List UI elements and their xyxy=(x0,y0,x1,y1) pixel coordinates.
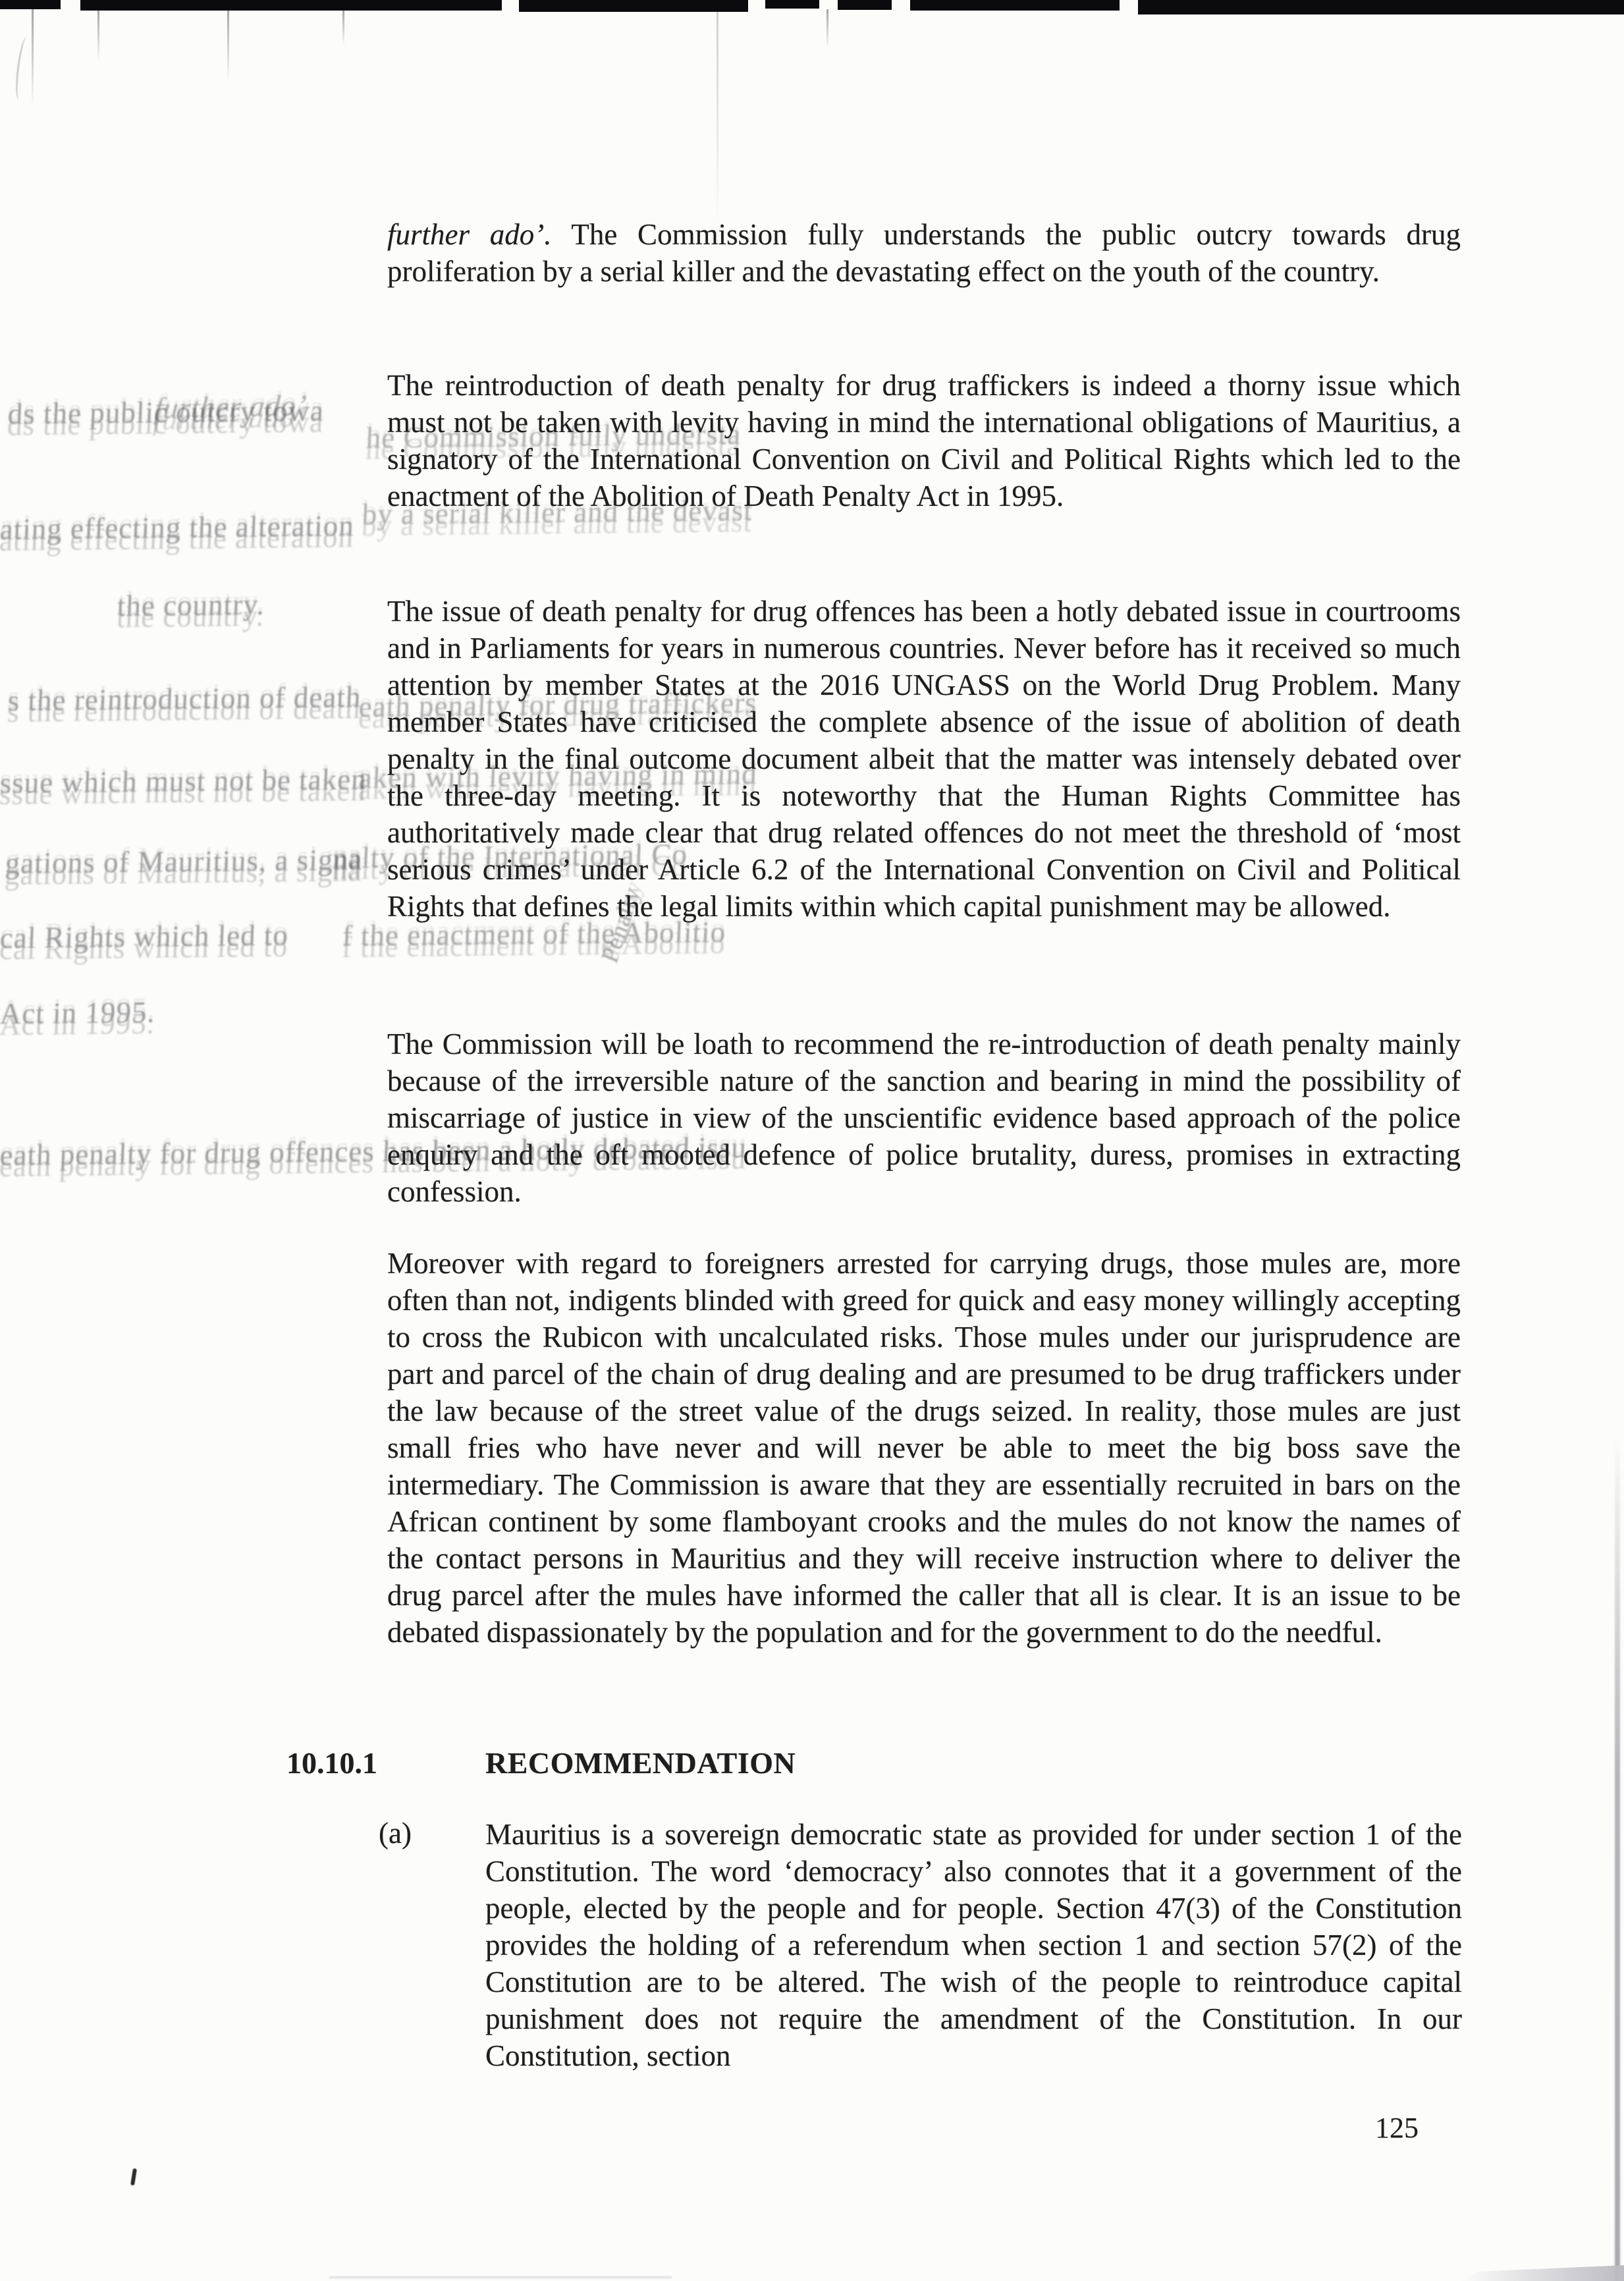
ghost-text-fragment: ssue which must not be taken xyxy=(0,762,367,800)
scan-corner-shadow xyxy=(1459,2265,1624,2281)
paragraph-5: Moreover with regard to foreigners arres… xyxy=(387,1245,1461,1651)
list-item-a-marker: (a) xyxy=(379,1816,412,1850)
paragraph-1-italic-lead: further ado’. xyxy=(387,218,551,251)
scan-smudge-curl xyxy=(13,36,32,100)
scan-streak xyxy=(97,9,99,62)
scan-streak xyxy=(227,9,229,82)
scan-streak xyxy=(717,9,718,227)
scan-bar-segment xyxy=(765,0,819,9)
ghost-text-fragment: ating effecting the alteration xyxy=(0,508,355,547)
scan-bar-segment xyxy=(838,0,892,10)
list-item-a-text: Mauritius is a sovereign democratic stat… xyxy=(485,1816,1462,2074)
ghost-text-fragment: cal Rights which led to xyxy=(0,918,289,956)
scanned-document-page: ds the public outcry towa further ado’ a… xyxy=(0,0,1624,2281)
ghost-text-fragment: the country. xyxy=(117,588,265,623)
ghost-text-fragment: further ado’ xyxy=(153,389,309,426)
paragraph-1: further ado’. The Commission fully under… xyxy=(387,216,1461,290)
page-number: 125 xyxy=(1375,2111,1419,2145)
scan-bar-segment xyxy=(519,0,748,12)
section-title: RECOMMENDATION xyxy=(485,1745,796,1780)
paragraph-2: The reintroduction of death penalty for … xyxy=(387,367,1461,514)
scan-bar-segment xyxy=(1138,0,1624,14)
list-item-a: (a) Mauritius is a sovereign democratic … xyxy=(379,1816,1462,2074)
paragraph-4: The Commission will be loath to recommen… xyxy=(387,1026,1461,1210)
section-number: 10.10.1 xyxy=(286,1745,377,1780)
scan-bar-segment xyxy=(80,0,502,11)
scan-streak xyxy=(32,9,34,108)
scan-bar-segment xyxy=(0,0,61,9)
scan-edge-shadow-right xyxy=(1615,1436,1620,2281)
ghost-text-fragment: Act in 1995. xyxy=(0,995,156,1031)
scan-bottom-sliver xyxy=(329,2276,672,2278)
scan-artifact-top-bar xyxy=(0,0,1624,17)
paragraph-3: The issue of death penalty for drug offe… xyxy=(387,593,1461,925)
scan-bar-segment xyxy=(910,0,1120,11)
stray-pen-mark xyxy=(130,2168,137,2186)
ghost-text-fragment: gations of Mauritius, a signa xyxy=(5,842,364,881)
ghost-text-fragment: s the reintroduction of death xyxy=(7,680,362,718)
